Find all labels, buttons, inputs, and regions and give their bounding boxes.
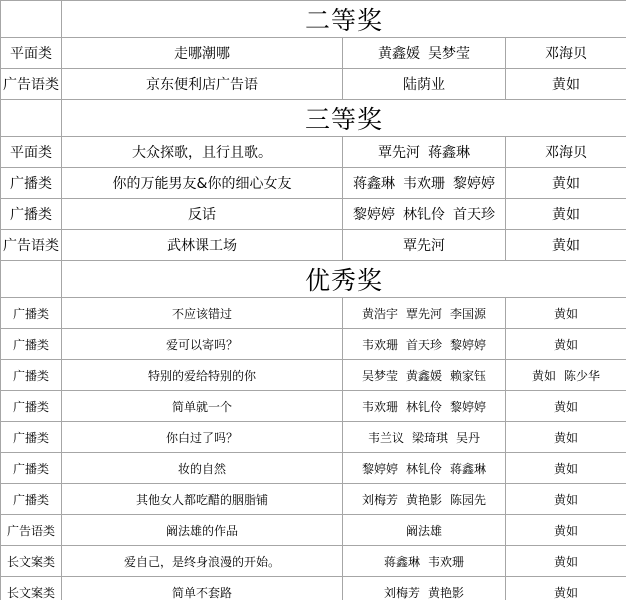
instructors-cell: 黄如 xyxy=(506,453,626,484)
category-cell: 广播类 xyxy=(1,484,62,515)
author-name: 黄艳影 xyxy=(406,491,442,508)
author-name: 黎婷婷 xyxy=(453,173,495,193)
authors-cell: 陆荫业 xyxy=(343,69,506,100)
instructor-name: 黄如 xyxy=(552,235,580,255)
instructor-name: 邓海贝 xyxy=(545,43,587,63)
table-row: 广播类你的万能男友&你的细心女友蒋鑫琳韦欢珊黎婷婷黄如 xyxy=(1,168,626,199)
section-header-blank-cell xyxy=(1,261,62,298)
table-row: 广播类其他女人都吃醋的胭脂铺刘梅芳黄艳影陈园先黄如 xyxy=(1,484,626,515)
table-row: 广告语类武林课工场覃先河黄如 xyxy=(1,230,626,261)
authors-cell: 覃先河蒋鑫琳 xyxy=(343,137,506,168)
author-name: 蒋鑫琳 xyxy=(450,460,486,477)
author-name: 陆荫业 xyxy=(403,74,445,94)
instructor-name: 黄如 xyxy=(554,491,578,508)
work-title-cell: 反话 xyxy=(62,199,343,230)
section-header-blank-cell xyxy=(1,100,62,137)
author-name: 黎婷婷 xyxy=(450,336,486,353)
instructors-cell: 黄如 xyxy=(506,298,626,329)
authors-cell: 蒋鑫琳韦欢珊 xyxy=(343,546,506,577)
author-name: 赖家钰 xyxy=(450,367,486,384)
authors-cell: 韦欢珊林钆伶黎婷婷 xyxy=(343,391,506,422)
authors-cell: 黎婷婷林钆伶首天珍 xyxy=(343,199,506,230)
author-name: 阚法雄 xyxy=(406,522,442,539)
authors-cell: 蒋鑫琳韦欢珊黎婷婷 xyxy=(343,168,506,199)
authors-cell: 韦兰议梁琦琪吴丹 xyxy=(343,422,506,453)
author-name: 李国源 xyxy=(450,305,486,322)
author-name: 吴梦莹 xyxy=(362,367,398,384)
category-cell: 广播类 xyxy=(1,391,62,422)
category-cell: 长文案类 xyxy=(1,577,62,600)
author-name: 黄鑫媛 xyxy=(378,43,420,63)
category-cell: 广播类 xyxy=(1,298,62,329)
author-name: 吴丹 xyxy=(456,429,480,446)
author-name: 蒋鑫琳 xyxy=(353,173,395,193)
instructors-cell: 黄如 xyxy=(506,329,626,360)
category-cell: 平面类 xyxy=(1,38,62,69)
authors-cell: 覃先河 xyxy=(343,230,506,261)
awards-table-body: 二等奖平面类走哪潮哪黄鑫媛吴梦莹邓海贝广告语类京东便利店广告语陆荫业黄如三等奖平… xyxy=(1,1,626,600)
author-name: 覃先河 xyxy=(378,142,420,162)
work-title-cell: 简单就一个 xyxy=(62,391,343,422)
section-header-row: 三等奖 xyxy=(1,100,626,137)
instructors-cell: 黄如 xyxy=(506,168,626,199)
work-title-cell: 大众探歌，且行且歌。 xyxy=(62,137,343,168)
authors-cell: 刘梅芳黄艳影 xyxy=(343,577,506,600)
section-title: 三等奖 xyxy=(62,100,626,137)
instructor-name: 黄如 xyxy=(552,74,580,94)
category-cell: 广告语类 xyxy=(1,69,62,100)
instructors-cell: 黄如 xyxy=(506,199,626,230)
author-name: 韦欢珊 xyxy=(428,553,464,570)
table-row: 长文案类爱自己，是终身浪漫的开始。蒋鑫琳韦欢珊黄如 xyxy=(1,546,626,577)
work-title-cell: 阚法雄的作品 xyxy=(62,515,343,546)
instructors-cell: 黄如 xyxy=(506,69,626,100)
work-title-cell: 走哪潮哪 xyxy=(62,38,343,69)
work-title-cell: 你白过了吗？ xyxy=(62,422,343,453)
instructors-cell: 邓海贝 xyxy=(506,38,626,69)
work-title-cell: 其他女人都吃醋的胭脂铺 xyxy=(62,484,343,515)
instructor-name: 黄如 xyxy=(554,584,578,600)
author-name: 韦欢珊 xyxy=(362,398,398,415)
author-name: 林钆伶 xyxy=(403,204,445,224)
table-row: 广播类你白过了吗？韦兰议梁琦琪吴丹黄如 xyxy=(1,422,626,453)
instructors-cell: 黄如陈少华 xyxy=(506,360,626,391)
category-cell: 平面类 xyxy=(1,137,62,168)
author-name: 林钆伶 xyxy=(406,398,442,415)
table-row: 广播类爱可以寄吗？韦欢珊首天珍黎婷婷黄如 xyxy=(1,329,626,360)
category-cell: 广播类 xyxy=(1,422,62,453)
author-name: 首天珍 xyxy=(453,204,495,224)
table-row: 广告语类京东便利店广告语陆荫业黄如 xyxy=(1,69,626,100)
instructor-name: 黄如 xyxy=(554,336,578,353)
author-name: 韦欢珊 xyxy=(362,336,398,353)
category-cell: 广告语类 xyxy=(1,515,62,546)
instructor-name: 邓海贝 xyxy=(545,142,587,162)
author-name: 蒋鑫琳 xyxy=(428,142,470,162)
section-header-blank-cell xyxy=(1,1,62,38)
author-name: 刘梅芳 xyxy=(384,584,420,600)
author-name: 韦欢珊 xyxy=(403,173,445,193)
authors-cell: 黄浩宇覃先河李国源 xyxy=(343,298,506,329)
work-title-cell: 爱可以寄吗？ xyxy=(62,329,343,360)
instructors-cell: 黄如 xyxy=(506,422,626,453)
category-cell: 广播类 xyxy=(1,360,62,391)
author-name: 梁琦琪 xyxy=(412,429,448,446)
instructors-cell: 黄如 xyxy=(506,230,626,261)
instructor-name: 黄如 xyxy=(554,429,578,446)
instructor-name: 黄如 xyxy=(532,367,556,384)
author-name: 蒋鑫琳 xyxy=(384,553,420,570)
instructors-cell: 黄如 xyxy=(506,577,626,600)
author-name: 林钆伶 xyxy=(406,460,442,477)
author-name: 黎婷婷 xyxy=(362,460,398,477)
work-title-cell: 简单不套路 xyxy=(62,577,343,600)
table-row: 平面类走哪潮哪黄鑫媛吴梦莹邓海贝 xyxy=(1,38,626,69)
instructor-name: 黄如 xyxy=(552,173,580,193)
instructors-cell: 邓海贝 xyxy=(506,137,626,168)
table-row: 广告语类阚法雄的作品阚法雄黄如 xyxy=(1,515,626,546)
author-name: 韦兰议 xyxy=(368,429,404,446)
table-row: 广播类简单就一个韦欢珊林钆伶黎婷婷黄如 xyxy=(1,391,626,422)
work-title-cell: 不应该错过 xyxy=(62,298,343,329)
section-title: 二等奖 xyxy=(62,1,626,38)
instructors-cell: 黄如 xyxy=(506,515,626,546)
category-cell: 长文案类 xyxy=(1,546,62,577)
work-title-cell: 妆的自然 xyxy=(62,453,343,484)
authors-cell: 韦欢珊首天珍黎婷婷 xyxy=(343,329,506,360)
table-row: 平面类大众探歌，且行且歌。覃先河蒋鑫琳邓海贝 xyxy=(1,137,626,168)
author-name: 黎婷婷 xyxy=(450,398,486,415)
work-title-cell: 爱自己，是终身浪漫的开始。 xyxy=(62,546,343,577)
authors-cell: 吴梦莹黄鑫媛赖家钰 xyxy=(343,360,506,391)
instructor-name: 黄如 xyxy=(554,522,578,539)
instructors-cell: 黄如 xyxy=(506,546,626,577)
table-row: 长文案类简单不套路刘梅芳黄艳影黄如 xyxy=(1,577,626,600)
instructor-name: 黄如 xyxy=(554,553,578,570)
category-cell: 广播类 xyxy=(1,199,62,230)
author-name: 首天珍 xyxy=(406,336,442,353)
author-name: 吴梦莹 xyxy=(428,43,470,63)
instructor-name: 黄如 xyxy=(554,398,578,415)
category-cell: 广播类 xyxy=(1,453,62,484)
instructor-name: 黄如 xyxy=(552,204,580,224)
author-name: 覃先河 xyxy=(406,305,442,322)
author-name: 黄鑫媛 xyxy=(406,367,442,384)
authors-cell: 阚法雄 xyxy=(343,515,506,546)
authors-cell: 黎婷婷林钆伶蒋鑫琳 xyxy=(343,453,506,484)
author-name: 黄浩宇 xyxy=(362,305,398,322)
table-row: 广播类特别的爱给特别的你吴梦莹黄鑫媛赖家钰黄如陈少华 xyxy=(1,360,626,391)
table-row: 广播类妆的自然黎婷婷林钆伶蒋鑫琳黄如 xyxy=(1,453,626,484)
instructor-name: 黄如 xyxy=(554,460,578,477)
author-name: 覃先河 xyxy=(403,235,445,255)
author-name: 刘梅芳 xyxy=(362,491,398,508)
author-name: 黎婷婷 xyxy=(353,204,395,224)
category-cell: 广告语类 xyxy=(1,230,62,261)
work-title-cell: 京东便利店广告语 xyxy=(62,69,343,100)
authors-cell: 黄鑫媛吴梦莹 xyxy=(343,38,506,69)
section-header-row: 优秀奖 xyxy=(1,261,626,298)
section-title: 优秀奖 xyxy=(62,261,626,298)
author-name: 陈园先 xyxy=(450,491,486,508)
instructor-name: 陈少华 xyxy=(564,367,600,384)
work-title-cell: 特别的爱给特别的你 xyxy=(62,360,343,391)
work-title-cell: 武林课工场 xyxy=(62,230,343,261)
category-cell: 广播类 xyxy=(1,329,62,360)
awards-table: 二等奖平面类走哪潮哪黄鑫媛吴梦莹邓海贝广告语类京东便利店广告语陆荫业黄如三等奖平… xyxy=(0,0,626,600)
instructor-name: 黄如 xyxy=(554,305,578,322)
table-row: 广播类不应该错过黄浩宇覃先河李国源黄如 xyxy=(1,298,626,329)
instructors-cell: 黄如 xyxy=(506,391,626,422)
work-title-cell: 你的万能男友&你的细心女友 xyxy=(62,168,343,199)
instructors-cell: 黄如 xyxy=(506,484,626,515)
section-header-row: 二等奖 xyxy=(1,1,626,38)
category-cell: 广播类 xyxy=(1,168,62,199)
table-row: 广播类反话黎婷婷林钆伶首天珍黄如 xyxy=(1,199,626,230)
authors-cell: 刘梅芳黄艳影陈园先 xyxy=(343,484,506,515)
author-name: 黄艳影 xyxy=(428,584,464,600)
